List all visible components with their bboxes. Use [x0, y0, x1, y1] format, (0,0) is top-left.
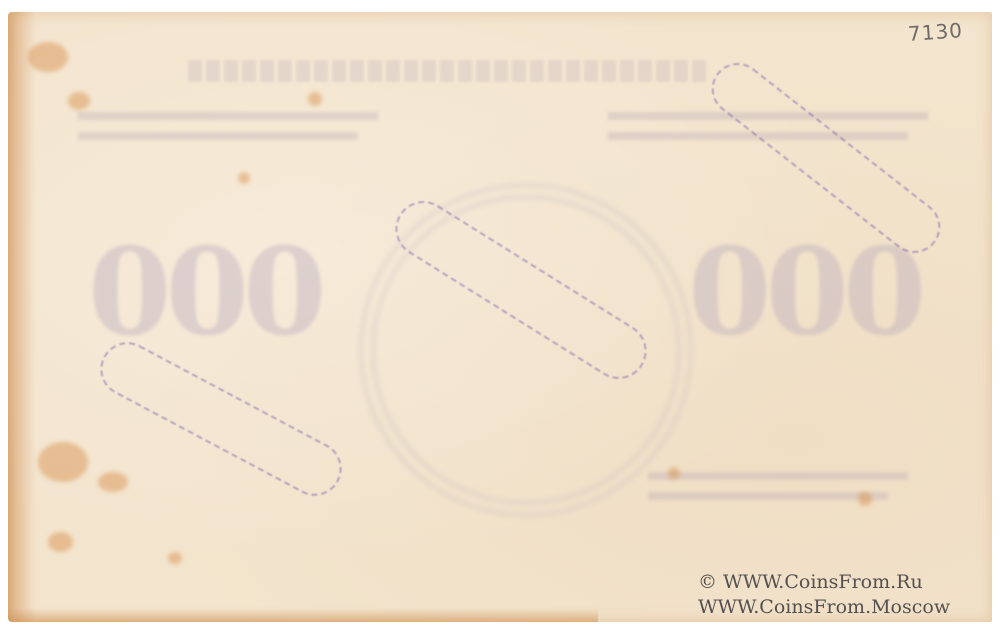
- show-through-text-line: [78, 112, 378, 120]
- foxing-spot: [308, 92, 322, 106]
- foxing-spot: [48, 532, 73, 552]
- foxing-spot: [68, 92, 90, 110]
- watermark-line-1: © WWW.CoinsFrom.Ru: [698, 570, 950, 595]
- show-through-text-line: [648, 472, 908, 480]
- foxing-spot: [238, 172, 250, 184]
- show-through-denomination-right: 000: [688, 222, 921, 363]
- banknote: 000 000: [8, 12, 992, 622]
- foxing-spot: [668, 467, 680, 479]
- stain-bottom-edge: [8, 608, 598, 622]
- stain-left-edge: [8, 12, 36, 622]
- show-through-text-line: [78, 132, 358, 140]
- foxing-spot: [98, 472, 128, 492]
- foxing-spot: [38, 442, 88, 482]
- foxing-spot: [168, 552, 182, 564]
- foxing-spot: [858, 492, 872, 506]
- watermark-line-2: WWW.CoinsFrom.Moscow: [698, 595, 950, 620]
- foxing-spot: [28, 42, 68, 72]
- show-through-text-line: [648, 492, 888, 500]
- watermark: © WWW.CoinsFrom.Ru WWW.CoinsFrom.Moscow: [698, 570, 950, 620]
- handwritten-number: 7130: [907, 18, 963, 46]
- show-through-title: [188, 60, 708, 82]
